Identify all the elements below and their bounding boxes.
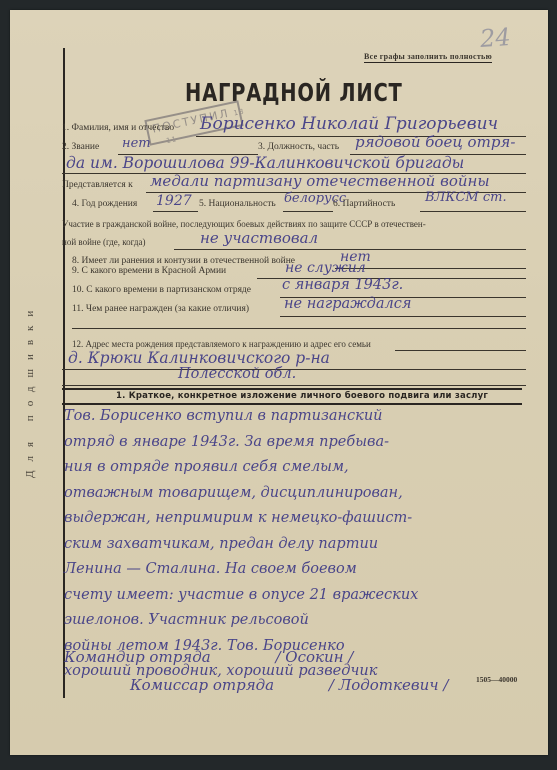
- field-label: 5. Национальность: [199, 199, 276, 209]
- signature-name: / Осокин /: [275, 648, 353, 666]
- field-address: 12. Адрес места рождения представляемого…: [72, 339, 535, 349]
- narrative-line: эшелонов. Участник рельсовой: [64, 608, 534, 634]
- field-label: Участие в гражданской войне, последующих…: [62, 219, 426, 229]
- field-label: 10. С какого времени в партизанском отря…: [72, 285, 251, 295]
- position-value: рядовой боец отря-: [355, 133, 515, 151]
- field-label: 8. Имеет ли ранения и контузии в отечест…: [72, 256, 295, 266]
- previous-awards-value: не награждался: [284, 296, 411, 312]
- narrative-line: ским захватчикам, предан делу партии: [64, 532, 534, 558]
- narrative-line: выдержан, непримирим к немецко-фашист-: [64, 506, 534, 532]
- narrative-line: Ленина — Сталина. На своем боевом: [64, 557, 534, 583]
- signature-name: / Лодоткевич /: [329, 676, 449, 694]
- section-divider-top: [62, 388, 522, 390]
- rank-value: нет: [122, 136, 151, 151]
- archive-page-number: 24: [479, 23, 511, 53]
- commander-signature: Командир отряда / Осокин /: [64, 648, 353, 666]
- address-value-line1: д. Крюки Калинковичского р-на: [68, 349, 330, 367]
- section-title: 1. Краткое, конкретное изложение личного…: [116, 391, 488, 401]
- signature-role: Комиссар отряда: [130, 676, 274, 694]
- narrative-line: ния в отряде проявил себя смелым,: [64, 455, 534, 481]
- document-title: НАГРАДНОЙ ЛИСТ: [185, 78, 403, 107]
- full-name-value: Борисенко Николай Григорьевич: [200, 114, 498, 134]
- field-label: 6. Партийность: [333, 199, 395, 209]
- narrative-line: счету имеет: участие в опусе 21 вражески…: [64, 583, 534, 609]
- presented-to-value: медали партизану отечественной войны: [150, 172, 490, 190]
- address-value-line2: Полесской обл.: [178, 366, 296, 382]
- red-army-since-value: не служил: [285, 260, 366, 276]
- field-label: 3. Должность, часть: [258, 142, 339, 152]
- field-label: Представляется к: [62, 180, 133, 190]
- signature-role: Командир отряда: [64, 648, 211, 666]
- narrative-line: отважным товарищем, дисциплинирован,: [64, 481, 534, 507]
- war-participation-value: не участвовал: [200, 229, 318, 247]
- field-label: 4. Год рождения: [72, 199, 137, 209]
- narrative-line: Тов. Борисенко вступил в партизанский: [64, 404, 534, 430]
- narrative-text: Тов. Борисенко вступил в партизанский от…: [64, 404, 534, 685]
- binding-margin-label: Для подшивки: [24, 260, 64, 520]
- field-label: 2. Звание: [62, 142, 99, 152]
- commissar-signature: Комиссар отряда / Лодоткевич /: [130, 676, 448, 694]
- partisan-since-value: с января 1943г.: [282, 277, 403, 293]
- field-label: 12. Адрес места рождения представляемого…: [72, 339, 371, 349]
- field-label: 1. Фамилия, имя и отчество: [62, 123, 174, 133]
- field-label: 9. С какого времени в Красной Армии: [72, 266, 226, 276]
- print-run-number: 1505—40000: [476, 675, 517, 684]
- field-war-participation: Участие в гражданской войне, последующих…: [62, 219, 535, 229]
- party-membership-value: ВЛКСМ ст.: [425, 190, 507, 205]
- field-label: ной войне (где, когда): [62, 237, 146, 247]
- field-label: 11. Чем ранее награжден (за какие отличи…: [72, 304, 249, 314]
- birth-year-value: 1927: [156, 193, 192, 209]
- position-value-continued: да им. Ворошилова 99-Калинковичской бриг…: [66, 154, 464, 172]
- fill-instruction-note: Все графы заполнить полностью: [364, 52, 492, 63]
- narrative-line: отряд в январе 1943г. За время пребыва-: [64, 430, 534, 456]
